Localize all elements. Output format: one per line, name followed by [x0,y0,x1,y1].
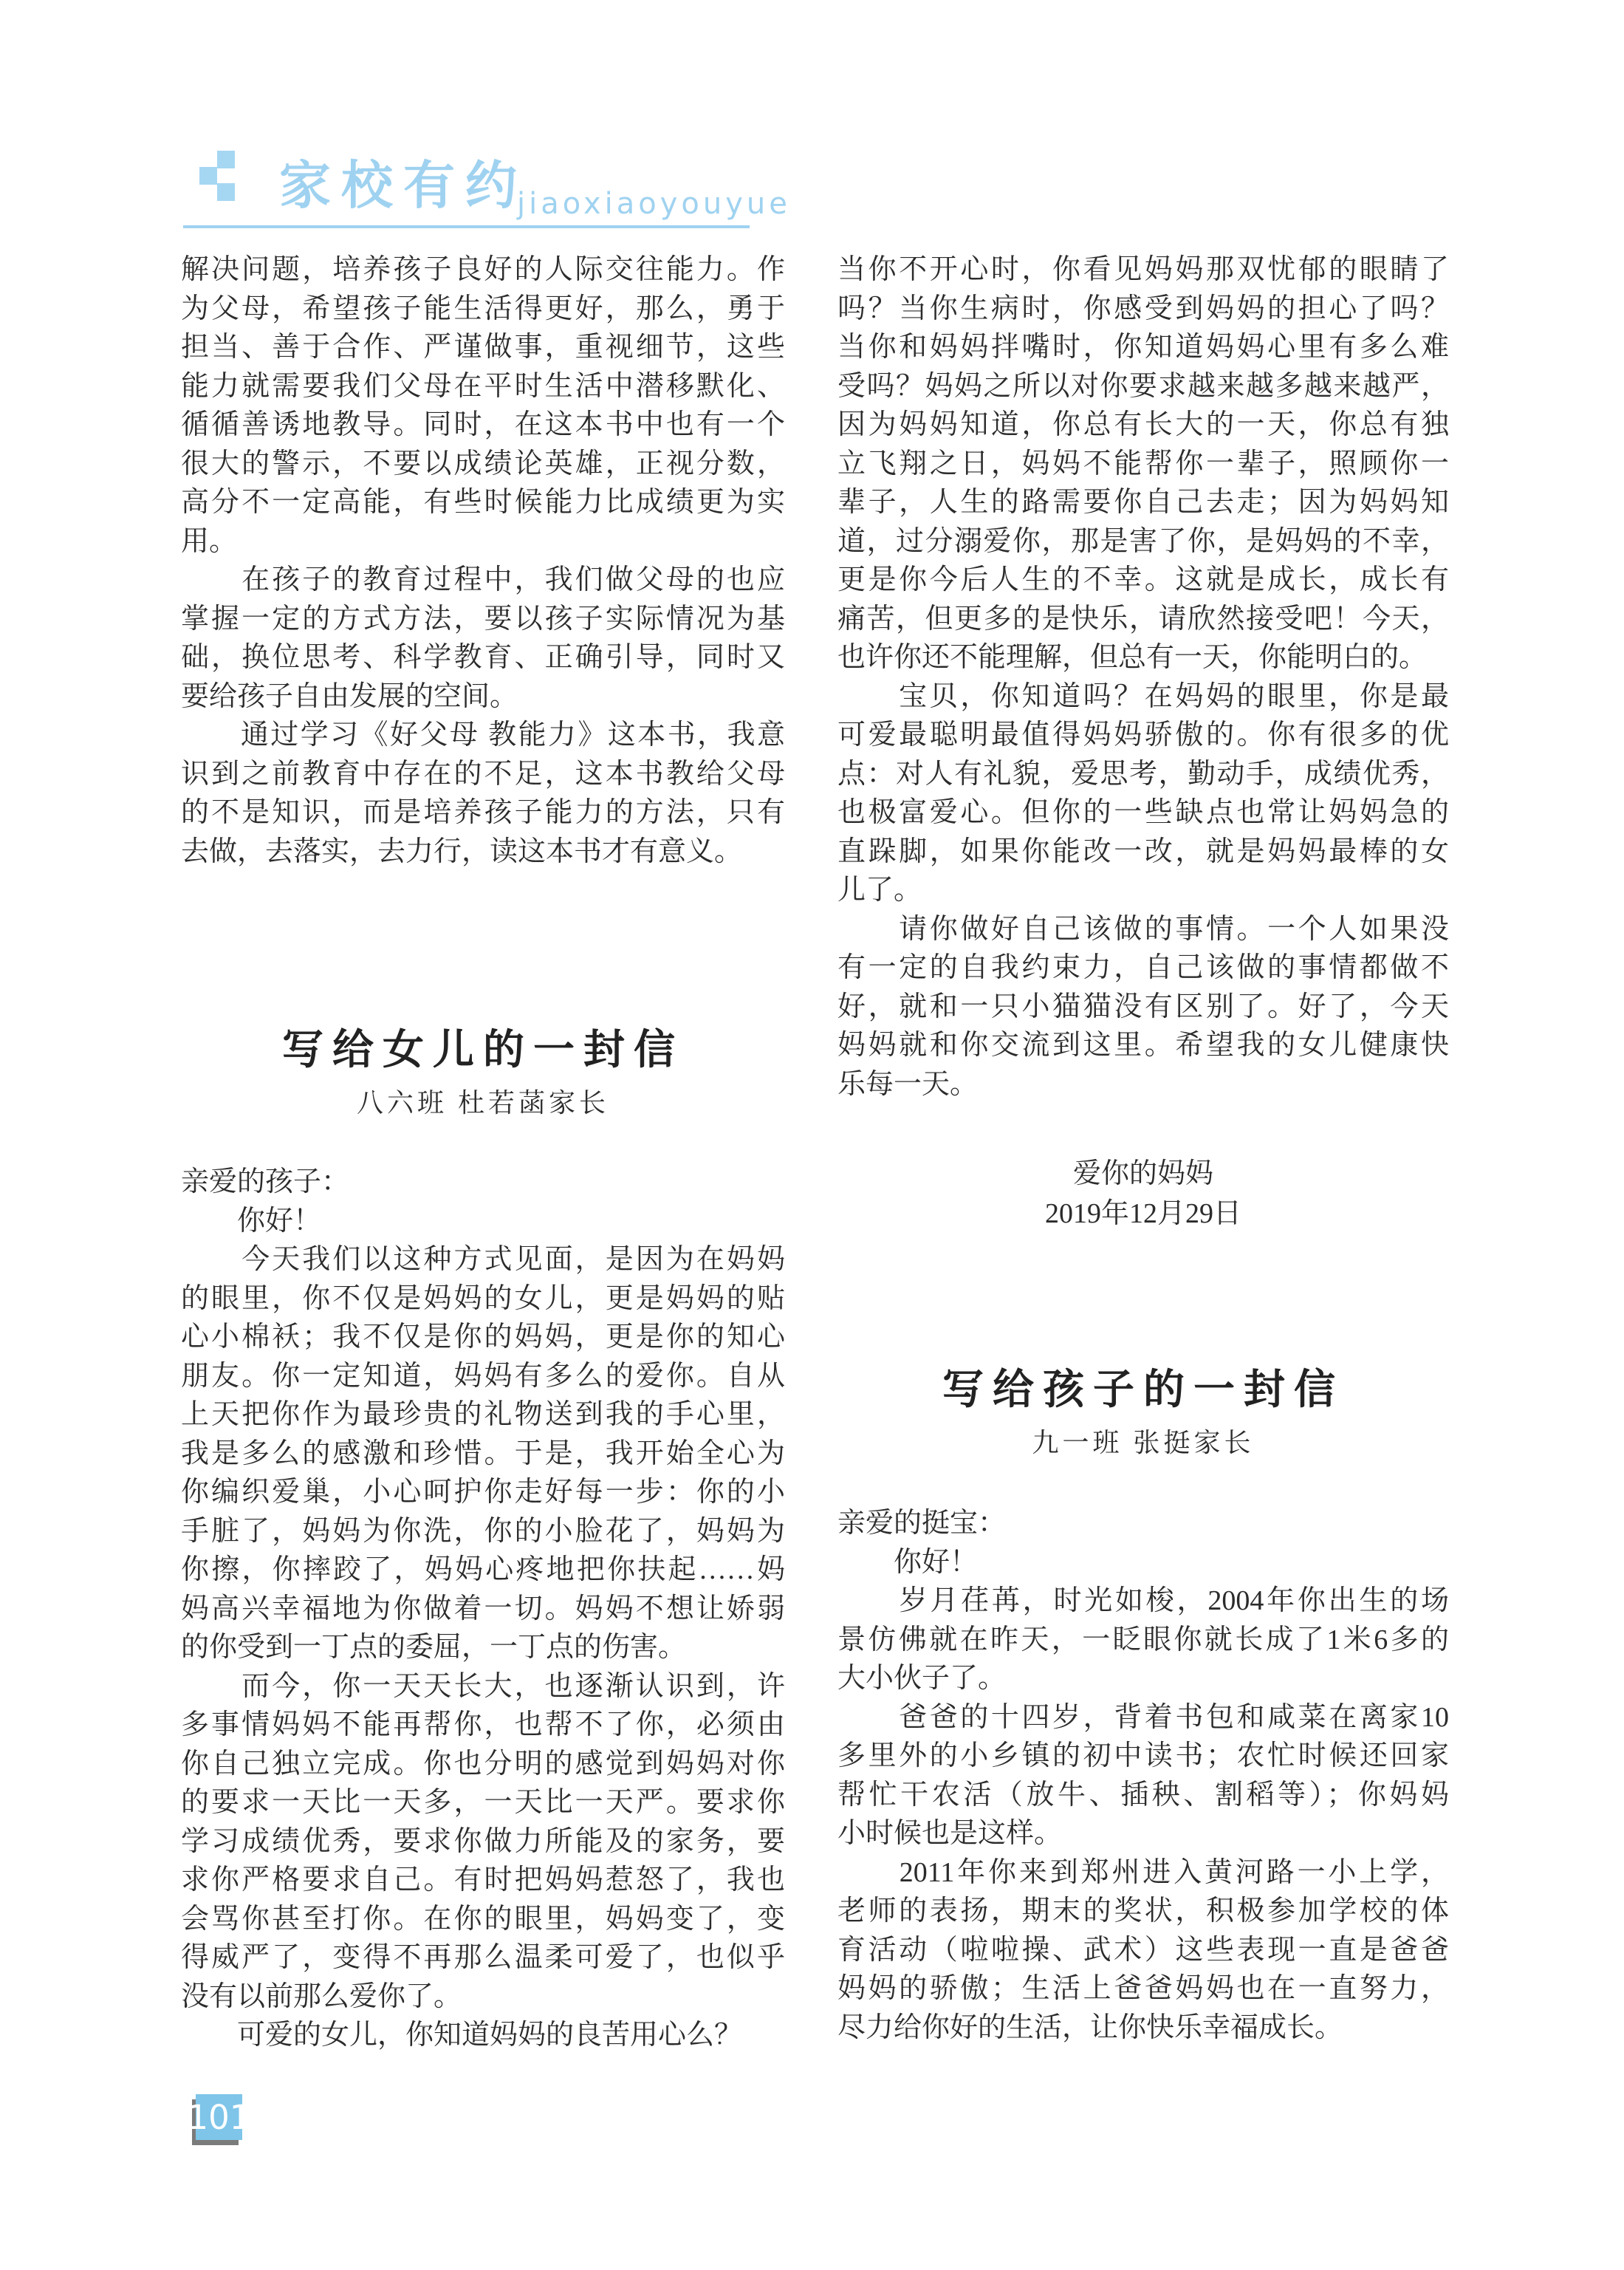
text-line: 妈高兴幸福地为你做着一切。妈妈不想让娇弱 [181,1590,785,1629]
text-line: 而今，你一天天长大，也逐渐认识到，许 [181,1667,785,1706]
magazine-page: 家校有约 jiaoxiaoyouyue 解决问题，培养孩子良好的人际交往能力。作… [0,0,1624,2270]
text-line: 础，换位思考、科学教育、正确引导，同时又 [181,638,785,677]
text-line: 得威严了，变得不再那么温柔可爱了，也似乎 [181,1938,785,1977]
text-line: 直跺脚，如果你能改一改，就是妈妈最棒的女 [837,833,1449,872]
text-line: 育活动（啦啦操、武术）这些表现一直是爸爸 [837,1931,1449,1970]
text-line: 点：对人有礼貌，爱思考，勤动手，成绩优秀， [837,755,1449,794]
text-line: 景仿佛就在昨天，一眨眼你就长成了1米6多的 [837,1621,1449,1660]
text-line: 在孩子的教育过程中，我们做父母的也应 [181,561,785,600]
text-line: 乐每一天。 [837,1065,1449,1104]
letter1-byline: 八六班 杜若菡家长 [181,1084,785,1121]
right-column: 当你不开心时，你看见妈妈那双忧郁的眼睛了吗？当你生病时，你感受到妈妈的担心了吗？… [837,250,1449,2047]
text-line: 妈妈的骄傲；生活上爸爸妈妈也在一直努力， [837,1969,1449,2009]
text-line: 你擦，你摔跤了，妈妈心疼地把你扶起……妈 [181,1551,785,1590]
text-line: 妈妈就和你交流到这里。希望我的女儿健康快 [837,1026,1449,1065]
text-line: 亲爱的孩子： [181,1163,785,1202]
text-line: 求你严格要求自己。有时把妈妈惹怒了，我也 [181,1861,785,1900]
text-line: 的眼里，你不仅是妈妈的女儿，更是妈妈的贴 [181,1279,785,1319]
text-line: 的不是知识，而是培养孩子能力的方法，只有 [181,793,785,833]
text-line: 识到之前教育中存在的不足，这本书教给父母 [181,755,785,794]
text-line: 立飞翔之日，妈妈不能帮你一辈子，照顾你一 [837,445,1449,484]
text-line: 你好！ [181,1202,785,1241]
text-line: 你自己独立完成。你也分明的感觉到妈妈对你 [181,1745,785,1784]
text-line: 没有以前那么爱你了。 [181,1977,785,2017]
text-line: 去做，去落实，去力行，读这本书才有意义。 [181,833,785,872]
text-line: 大小伙子了。 [837,1659,1449,1698]
column-header-pinyin: jiaoxiaoyouyue [517,186,791,222]
text-line: 会骂你甚至打你。在你的眼里，妈妈变了，变 [181,1900,785,1939]
text-line: 很大的警示，不要以成绩论英雄，正视分数， [181,445,785,484]
letter1-title: 写给女儿的一封信 [181,1021,785,1080]
text-line: 多里外的小乡镇的初中读书；农忙时候还回家 [837,1737,1449,1776]
text-line: 更是你今后人生的不幸。这就是成长，成长有 [837,561,1449,600]
text-line: 尽力给你好的生活，让你快乐幸福成长。 [837,2009,1449,2048]
letter2-body: 亲爱的挺宝： 你好！ 岁月荏苒，时光如梭，2004年你出生的场景仿佛就在昨天，一… [837,1504,1449,2047]
text-line: 上天把你作为最珍贵的礼物送到我的手心里， [181,1395,785,1435]
text-line: 好，就和一只小猫猫没有区别了。好了，今天 [837,988,1449,1027]
text-line: 解决问题，培养孩子良好的人际交往能力。作 [181,250,785,290]
signature-name: 爱你的妈妈 [837,1154,1449,1194]
text-line: 我是多么的感激和珍惜。于是，我开始全心为 [181,1435,785,1474]
intro-paragraphs: 解决问题，培养孩子良好的人际交往能力。作为父母，希望孩子能生活得更好，那么，勇于… [181,250,785,871]
text-line: 辈子，人生的路需要你自己去走；因为妈妈知 [837,483,1449,522]
text-line: 可爱最聪明最值得妈妈骄傲的。你有很多的优 [837,716,1449,755]
column-header-title: 家校有约 [279,154,527,217]
text-line: 因为妈妈知道，你总有长大的一天，你总有独 [837,406,1449,445]
text-line: 的要求一天比一天多，一天比一天严。要求你 [181,1783,785,1822]
text-line: 为父母，希望孩子能生活得更好，那么，勇于 [181,290,785,329]
text-line: 朋友。你一定知道，妈妈有多么的爱你。自从 [181,1357,785,1396]
text-line: 帮忙干农活（放牛、插秧、割稻等）；你妈妈 [837,1776,1449,1815]
letter1-signature: 爱你的妈妈 2019年12月29日 [837,1154,1449,1234]
text-line: 能力就需要我们父母在平时生活中潜移默化、 [181,367,785,406]
text-line: 通过学习《好父母 教能力》这本书，我意 [181,716,785,755]
text-line: 用。 [181,522,785,561]
text-line: 儿了。 [837,871,1449,910]
text-line: 当你不开心时，你看见妈妈那双忧郁的眼睛了 [837,250,1449,290]
text-line: 老师的表扬，期末的奖状，积极参加学校的体 [837,1892,1449,1931]
letter2-byline: 九一班 张挺家长 [837,1424,1449,1461]
letter2-title: 写给孩子的一封信 [837,1361,1449,1420]
text-line: 今天我们以这种方式见面，是因为在妈妈 [181,1240,785,1279]
header-underline [183,225,750,228]
text-line: 掌握一定的方式方法，要以孩子实际情况为基 [181,600,785,639]
text-line: 宝贝，你知道吗？在妈妈的眼里，你是最 [837,677,1449,717]
text-line: 受吗？妈妈之所以对你要求越来越多越来越严， [837,367,1449,406]
text-line: 心小棉袄；我不仅是你的妈妈，更是你的知心 [181,1318,785,1357]
text-line: 爸爸的十四岁，背着书包和咸菜在离家10 [837,1698,1449,1737]
text-line: 吗？当你生病时，你感受到妈妈的担心了吗？ [837,290,1449,329]
text-line: 的你受到一丁点的委屈，一丁点的伤害。 [181,1628,785,1667]
text-line: 多事情妈妈不能再帮你，也帮不了你，必须由 [181,1706,785,1745]
text-line: 痛苦，但更多的是快乐，请欣然接受吧！今天， [837,600,1449,639]
text-line: 也极富爱心。但你的一些缺点也常让妈妈急的 [837,793,1449,833]
text-line: 手脏了，妈妈为你洗，你的小脸花了，妈妈为 [181,1512,785,1551]
text-line: 学习成绩优秀，要求你做力所能及的家务，要 [181,1822,785,1862]
text-line: 当你和妈妈拌嘴时，你知道妈妈心里有多么难 [837,328,1449,367]
text-line: 请你做好自己该做的事情。一个人如果没 [837,910,1449,949]
left-column: 解决问题，培养孩子良好的人际交往能力。作为父母，希望孩子能生活得更好，那么，勇于… [181,250,785,2055]
text-line: 你编织爱巢，小心呵护你走好每一步：你的小 [181,1473,785,1512]
text-line: 有一定的自我约束力，自己该做的事情都做不 [837,948,1449,988]
text-line: 2011年你来到郑州进入黄河路一小上学， [837,1853,1449,1893]
page-number-badge: 101 [196,2094,242,2140]
text-line: 担当、善于合作、严谨做事，重视细节，这些 [181,328,785,367]
text-line: 循循善诱地教导。同时，在这本书中也有一个 [181,406,785,445]
text-line: 高分不一定高能，有些时候能力比成绩更为实 [181,483,785,522]
signature-date: 2019年12月29日 [837,1194,1449,1234]
text-line: 要给孩子自由发展的空间。 [181,677,785,717]
text-line: 岁月荏苒，时光如梭，2004年你出生的场 [837,1582,1449,1621]
text-line: 可爱的女儿，你知道妈妈的良苦用心么？ [181,2016,785,2055]
text-line: 小时候也是这样。 [837,1814,1449,1853]
checker-squares-icon [199,151,236,201]
letter1-body: 亲爱的孩子： 你好！ 今天我们以这种方式见面，是因为在妈妈的眼里，你不仅是妈妈的… [181,1163,785,2055]
text-line: 道，过分溺爱你，那是害了你，是妈妈的不幸， [837,522,1449,561]
letter1-continued: 当你不开心时，你看见妈妈那双忧郁的眼睛了吗？当你生病时，你感受到妈妈的担心了吗？… [837,250,1449,1104]
text-line: 也许你还不能理解，但总有一天，你能明白的。 [837,638,1449,677]
text-line: 你好！ [837,1543,1449,1582]
text-line: 亲爱的挺宝： [837,1504,1449,1543]
